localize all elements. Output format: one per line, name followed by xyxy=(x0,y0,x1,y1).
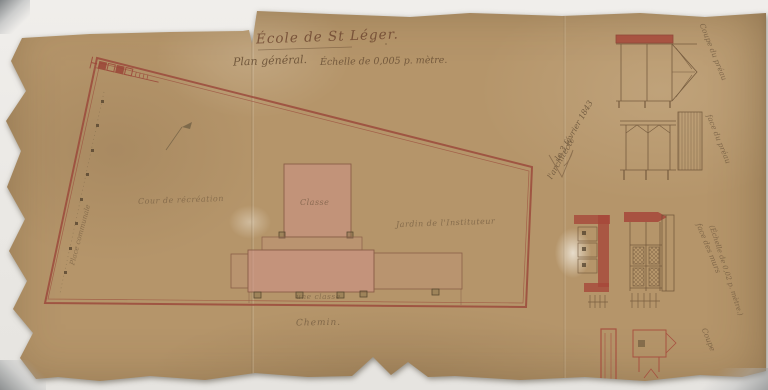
face-preau-label: face du préau xyxy=(705,113,743,192)
place-label: Place communale xyxy=(69,187,96,266)
chemin-label: Chemin. xyxy=(296,318,358,328)
details-scale-label: (Échelle de 0,02 p. mètre.) xyxy=(708,224,753,344)
signature-note: l'architecte xyxy=(547,93,602,180)
fold-crease-right xyxy=(563,0,566,390)
classe-label: Classe xyxy=(300,199,342,207)
scan-background: École de St Léger. Plan général. Échelle… xyxy=(0,0,768,390)
coupe-preau-label: Coupe du préau xyxy=(698,22,736,101)
preau-elevation-drawing xyxy=(620,112,702,180)
coupe-label: Coupe xyxy=(700,327,723,371)
document-title: École de St Léger. xyxy=(256,29,396,47)
tree-line xyxy=(60,92,104,293)
plan-subtitle: Plan général. xyxy=(233,53,323,67)
classe-building xyxy=(262,164,362,250)
paper-wrap: École de St Léger. Plan général. Échelle… xyxy=(0,0,768,390)
cour-label: Cour de récréation xyxy=(138,194,250,206)
wall-elevation-drawing xyxy=(624,212,674,308)
detail-section-drawing xyxy=(601,329,676,383)
scale-note: Échelle de 0,005 p. mètre. xyxy=(320,56,440,68)
une-classe-label: une classe xyxy=(296,293,374,301)
paper-sheet: École de St Léger. Plan général. Échelle… xyxy=(0,0,768,390)
jardin-label: Jardin de l'Instituteur xyxy=(396,217,516,229)
flag-marker xyxy=(166,122,192,150)
scale-bar xyxy=(90,57,161,84)
latrines-plan-drawing xyxy=(574,215,610,308)
site-boundary xyxy=(45,58,532,307)
preau-section-drawing xyxy=(616,35,697,108)
